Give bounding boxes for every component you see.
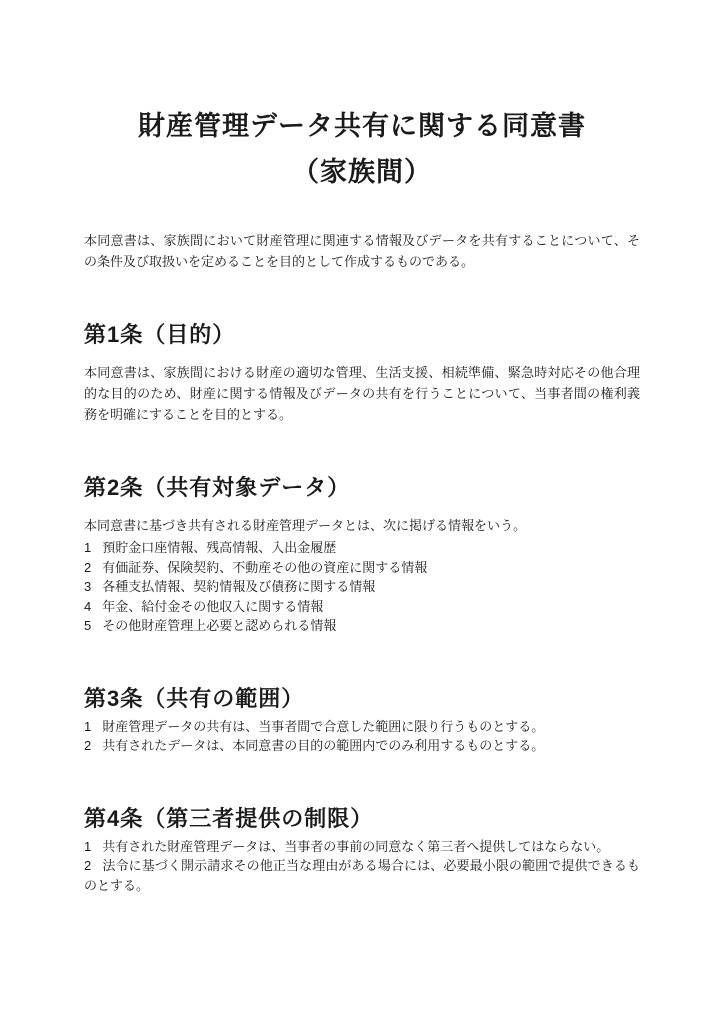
section-purpose: 第1条（目的） 本同意書は、家族間における財産の適切な管理、生活支援、相続準備、…: [84, 318, 640, 425]
list-item-number: 4: [84, 597, 91, 617]
list-item-number: 2: [84, 856, 91, 876]
list-item: 2法令に基づく開示請求その他正当な理由がある場合には、必要最小限の範囲で提供でき…: [84, 856, 640, 895]
list-item-number: 2: [84, 558, 91, 578]
list-item: 1共有された財産管理データは、当事者の事前の同意なく第三者へ提供してはならない。: [84, 837, 640, 857]
section-shared-data: 第2条（共有対象データ） 本同意書に基づき共有される財産管理データとは、次に掲げ…: [84, 471, 640, 636]
section-purpose-body: 本同意書は、家族間における財産の適切な管理、生活支援、相続準備、緊急時対応その他…: [84, 362, 640, 425]
list-item: 2有価証券、保険契約、不動産その他の資産に関する情報: [84, 558, 640, 578]
list-item-number: 3: [84, 577, 91, 597]
list-item: 4年金、給付金その他収入に関する情報: [84, 597, 640, 617]
document-intro: 本同意書は、家族間において財産管理に関連する情報及びデータを共有することについて…: [84, 230, 640, 272]
list-item-text: 年金、給付金その他収入に関する情報: [102, 599, 323, 614]
section-third-party: 第4条（第三者提供の制限） 1共有された財産管理データは、当事者の事前の同意なく…: [84, 802, 640, 896]
document-page: 財産管理データ共有に関する同意書 （家族間） 本同意書は、家族間において財産管理…: [0, 0, 724, 1024]
list-item-text: 法令に基づく開示請求その他正当な理由がある場合には、必要最小限の範囲で提供できる…: [84, 858, 640, 893]
section-scope-heading: 第3条（共有の範囲）: [84, 682, 640, 715]
document-title: 財産管理データ共有に関する同意書 （家族間）: [84, 104, 640, 196]
list-item: 1財産管理データの共有は、当事者間で合意した範囲に限り行うものとする。: [84, 717, 640, 737]
section-shared-data-heading: 第2条（共有対象データ）: [84, 471, 640, 504]
list-item-number: 1: [84, 538, 91, 558]
list-item-number: 1: [84, 837, 91, 857]
list-item-text: 預貯金口座情報、残高情報、入出金履歴: [102, 540, 336, 555]
section-third-party-list: 1共有された財産管理データは、当事者の事前の同意なく第三者へ提供してはならない。…: [84, 837, 640, 896]
section-scope: 第3条（共有の範囲） 1財産管理データの共有は、当事者間で合意した範囲に限り行う…: [84, 682, 640, 756]
list-item-number: 5: [84, 616, 91, 636]
section-scope-list: 1財産管理データの共有は、当事者間で合意した範囲に限り行うものとする。 2共有さ…: [84, 717, 640, 756]
list-item-text: 各種支払情報、契約情報及び債務に関する情報: [102, 579, 375, 594]
list-item: 5その他財産管理上必要と認められる情報: [84, 616, 640, 636]
list-item: 3各種支払情報、契約情報及び債務に関する情報: [84, 577, 640, 597]
section-third-party-heading: 第4条（第三者提供の制限）: [84, 802, 640, 835]
list-item-number: 2: [84, 736, 91, 756]
document-title-line2: （家族間）: [292, 157, 432, 187]
section-purpose-heading: 第1条（目的）: [84, 318, 640, 351]
list-item-number: 1: [84, 717, 91, 737]
list-item-text: その他財産管理上必要と認められる情報: [102, 618, 336, 633]
list-item: 1預貯金口座情報、残高情報、入出金履歴: [84, 538, 640, 558]
section-shared-data-lead: 本同意書に基づき共有される財産管理データとは、次に掲げる情報をいう。: [84, 515, 640, 536]
list-item-text: 共有された財産管理データは、当事者の事前の同意なく第三者へ提供してはならない。: [102, 839, 609, 854]
section-shared-data-list: 1預貯金口座情報、残高情報、入出金履歴 2有価証券、保険契約、不動産その他の資産…: [84, 538, 640, 636]
document-title-line1: 財産管理データ共有に関する同意書: [138, 111, 586, 141]
list-item-text: 共有されたデータは、本同意書の目的の範囲内でのみ利用するものとする。: [102, 738, 544, 753]
list-item-text: 財産管理データの共有は、当事者間で合意した範囲に限り行うものとする。: [102, 719, 544, 734]
list-item-text: 有価証券、保険契約、不動産その他の資産に関する情報: [102, 560, 427, 575]
list-item: 2共有されたデータは、本同意書の目的の範囲内でのみ利用するものとする。: [84, 736, 640, 756]
